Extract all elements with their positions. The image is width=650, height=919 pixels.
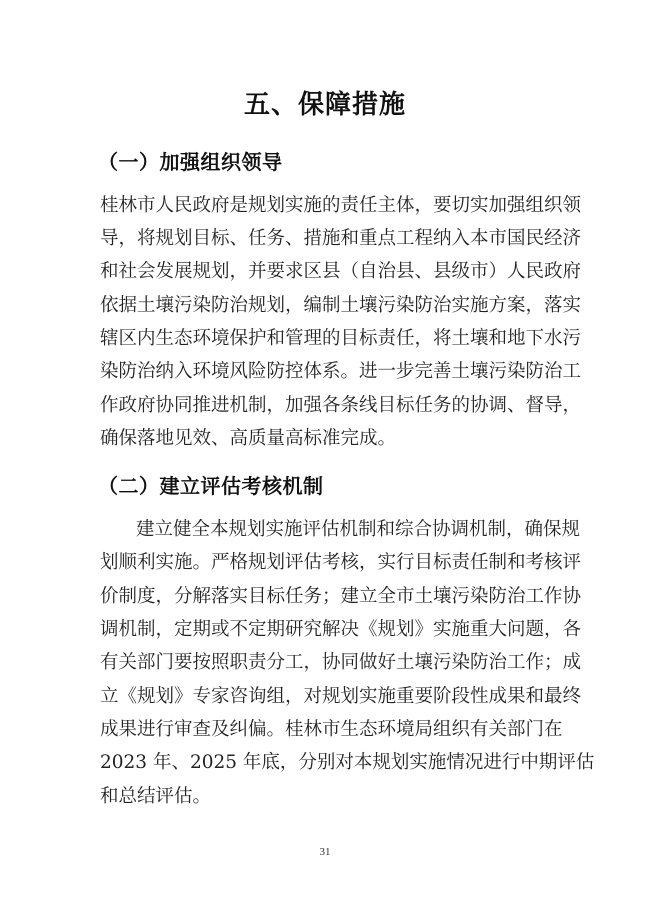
paragraph-line: 和总结评估。 — [100, 785, 552, 809]
paragraph-line: 建立健全本规划实施评估机制和综合协调机制，确保规 — [136, 518, 552, 542]
paragraph-line: 染防治纳入环境风险防控体系。进一步完善土壤污染防治工 — [100, 360, 552, 384]
paragraph-line: 导，将规划目标、任务、措施和重点工程纳入本市国民经济 — [100, 227, 552, 251]
paragraph-line: 作政府协同推进机制，加强各条线目标任务的协调、督导， — [100, 394, 552, 418]
page-number: 31 — [0, 846, 650, 858]
paragraph-line: 有关部门要按照职责分工，协同做好土壤污染防治工作；成 — [100, 651, 552, 675]
paragraph-line: 依据土壤污染防治规划，编制土壤污染防治实施方案，落实 — [100, 294, 552, 318]
section-heading-1: （一）加强组织领导 — [98, 146, 283, 175]
paragraph-line: 调机制，定期或不定期研究解决《规划》实施重大问题，各 — [100, 618, 552, 642]
paragraph-line: 价制度，分解落实目标任务；建立全市土壤污染防治工作协 — [100, 585, 552, 609]
paragraph-line: 桂林市人民政府是规划实施的责任主体，要切实加强组织领 — [100, 194, 552, 218]
paragraph-line: 辖区内生态环境保护和管理的目标责任，将土壤和地下水污 — [100, 327, 552, 351]
paragraph-line: 确保落地见效、高质量高标准完成。 — [100, 427, 552, 451]
paragraph-line: 成果进行审查及纠偏。桂林市生态环境局组织有关部门在 — [100, 718, 552, 742]
paragraph-line: 2023 年、2025 年底，分别对本规划实施情况进行中期评估 — [100, 751, 552, 775]
paragraph-line: 划顺利实施。严格规划评估考核，实行目标责任制和考核评 — [100, 551, 552, 575]
document-page: 五、保障措施 （一）加强组织领导 桂林市人民政府是规划实施的责任主体，要切实加强… — [0, 0, 650, 919]
paragraph-line: 和社会发展规划，并要求区县（自治县、县级市）人民政府 — [100, 260, 552, 284]
chapter-title: 五、保障措施 — [0, 84, 650, 121]
section-heading-2: （二）建立评估考核机制 — [98, 470, 324, 499]
paragraph-line: 立《规划》专家咨询组，对规划实施重要阶段性成果和最终 — [100, 685, 552, 709]
